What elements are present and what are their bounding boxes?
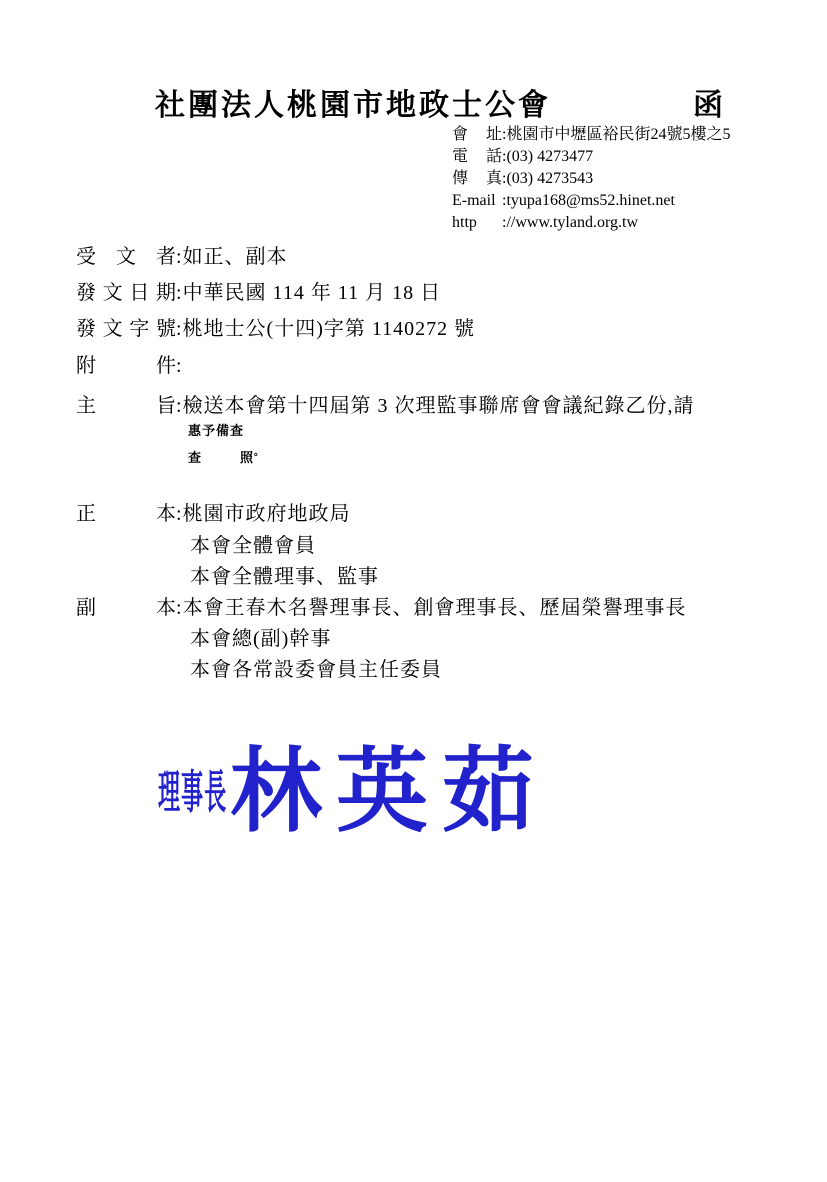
contact-row-website: http://www.tyland.org.tw — [452, 212, 730, 234]
subject-note-period: 。 — [254, 447, 265, 458]
phone-value: (03) 4273477 — [506, 148, 593, 165]
phone-label: 電話 — [452, 146, 502, 168]
signature-stamp: 理事長 林英茹 — [158, 746, 548, 838]
field-row-primary-copy: 正本:桃園市政府地政局 — [76, 497, 351, 526]
signature-title: 理事長 — [158, 770, 227, 816]
field-row-reference-number: 發文字號:桃地士公(十四)字第 1140272 號 — [76, 312, 475, 341]
contact-row-email: E-mail:tyupa168@ms52.hinet.net — [452, 190, 730, 212]
field-row-attachment: 附件: — [76, 349, 183, 378]
contact-row-address: 會址:桃園市中壢區裕民街24號5樓之5 — [452, 124, 730, 146]
signature-name: 林英茹 — [230, 746, 548, 838]
email-value: tyupa168@ms52.hinet.net — [506, 192, 675, 209]
fax-label: 傳真 — [452, 168, 502, 190]
reference-number-label: 發文字號 — [76, 312, 176, 341]
subject-note-line-2-text: 查照 — [188, 447, 254, 466]
secondary-copy-recipient-2: 本會總(副)幹事 — [190, 622, 331, 651]
secondary-copy-recipient-1: 本會王春木名譽理事長、創會理事長、歷屆榮譽理事長 — [183, 597, 687, 619]
issue-date-label: 發文日期 — [76, 276, 176, 305]
contact-row-phone: 電話:(03) 4273477 — [452, 146, 730, 168]
contact-block: 會址:桃園市中壢區裕民街24號5樓之5 電話:(03) 4273477 傳真:(… — [452, 124, 730, 234]
subject-note-line-2: 查照。 — [188, 443, 265, 466]
address-value: 桃園市中壢區裕民街24號5樓之5 — [506, 126, 730, 143]
fax-value: (03) 4273543 — [506, 170, 593, 187]
address-label: 會址 — [452, 124, 502, 146]
contact-row-fax: 傳真:(03) 4273543 — [452, 168, 730, 190]
primary-copy-recipient-2: 本會全體會員 — [190, 529, 316, 558]
field-row-subject: 主旨:檢送本會第十四屆第 3 次理監事聯席會會議紀錄乙份,請 — [76, 389, 695, 418]
field-row-secondary-copy: 副本:本會王春木名譽理事長、創會理事長、歷屆榮譽理事長 — [76, 591, 687, 620]
recipient-value: 如正、副本 — [183, 246, 288, 268]
colon: : — [176, 355, 183, 377]
organization-title: 社團法人桃園市地政士公會 — [155, 80, 551, 124]
secondary-copy-recipient-3: 本會各常設委會員主任委員 — [190, 653, 442, 682]
subject-label: 主旨 — [76, 389, 176, 418]
subject-note-line-1: 惠予備查 — [188, 420, 244, 439]
primary-copy-recipient-1: 桃園市政府地政局 — [183, 503, 351, 525]
document-type-label: 函 — [693, 80, 723, 124]
website-scheme: http — [452, 212, 502, 234]
field-row-issue-date: 發文日期:中華民國 114 年 11 月 18 日 — [76, 276, 441, 305]
website-value: //www.tyland.org.tw — [506, 214, 638, 231]
subject-text: 檢送本會第十四屆第 3 次理監事聯席會會議紀錄乙份,請 — [183, 395, 695, 417]
email-label: E-mail — [452, 190, 502, 212]
primary-copy-recipient-3: 本會全體理事、監事 — [190, 560, 379, 589]
reference-number-value: 桃地士公(十四)字第 1140272 號 — [183, 318, 476, 340]
attachment-label: 附件 — [76, 349, 176, 378]
recipient-label: 受文者 — [76, 240, 176, 269]
secondary-copy-label: 副本 — [76, 591, 176, 620]
signature-title-box: 理事長 — [158, 770, 230, 816]
document-page: 社團法人桃園市地政士公會 函 會址:桃園市中壢區裕民街24號5樓之5 電話:(0… — [0, 0, 827, 1182]
issue-date-value: 中華民國 114 年 11 月 18 日 — [183, 282, 442, 304]
primary-copy-label: 正本 — [76, 497, 176, 526]
field-row-recipient: 受文者:如正、副本 — [76, 240, 288, 269]
